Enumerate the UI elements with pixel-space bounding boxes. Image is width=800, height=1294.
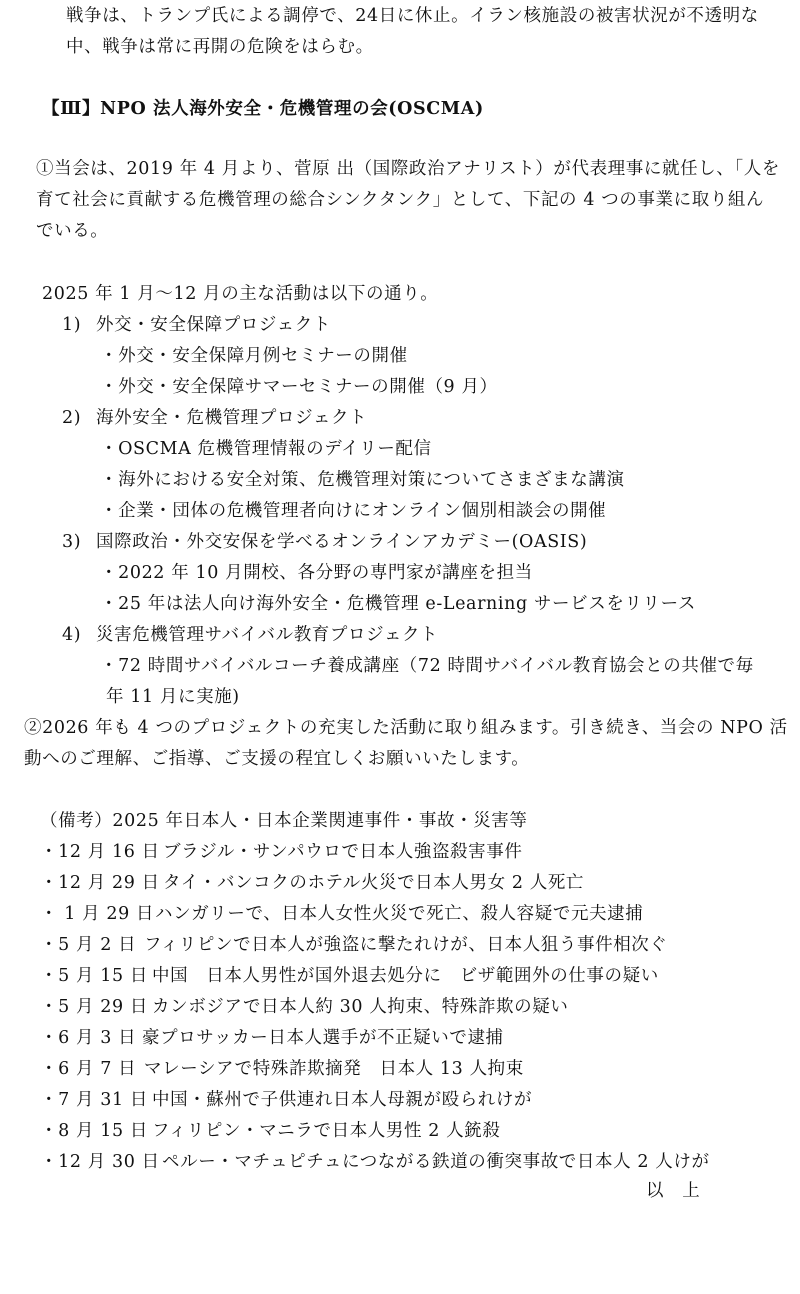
project-1-item-1: ・外交・安全保障月例セミナーの開催 [100, 345, 408, 367]
incident-8-text: マレーシアで特殊詐欺摘発 日本人 13 人拘束 [144, 1058, 524, 1080]
project-2-item-3: ・企業・団体の危機管理者向けにオンライン個別相談会の開催 [100, 500, 606, 522]
project-2-item-2: ・海外における安全対策、危機管理対策についてさまざまな講演 [100, 469, 625, 491]
para1-line-3: でいる。 [36, 220, 108, 242]
incident-3-text: ハンガリーで、日本人女性火災で死亡、殺人容疑で元夫逮捕 [155, 903, 643, 925]
closing-mark: 以 上 [646, 1180, 700, 1202]
incident-6-date: ・5 月 29 日 [40, 996, 148, 1018]
para1-line-2: 育て社会に貢献する危機管理の総合シンクタンク」として、下記の 4 つの事業に取り… [36, 189, 764, 211]
para2-line-1: ②2026 年も 4 つのプロジェクトの充実した活動に取り組みます。引き続き、当… [24, 717, 788, 739]
incident-4-text: フィリピンで日本人が強盗に撃たれけが、日本人狙う事件相次ぐ [144, 934, 668, 956]
incident-11-date: ・12 月 30 日 [40, 1151, 160, 1173]
project-3-title: 国際政治・外交安保を学べるオンラインアカデミー(OASIS) [96, 531, 587, 553]
incident-9-date: ・7 月 31 日 [40, 1089, 148, 1111]
notes-heading: （備考）2025 年日本人・日本企業関連事件・事故・災害等 [40, 810, 528, 832]
incident-10-date: ・8 月 15 日 [40, 1120, 148, 1142]
project-1-item-2: ・外交・安全保障サマーセミナーの開催（9 月） [100, 376, 498, 398]
incident-6-text: カンボジアで日本人約 30 人拘束、特殊詐欺の疑い [152, 996, 568, 1018]
incident-7-text: 豪プロサッカー日本人選手が不正疑いで逮捕 [142, 1027, 504, 1049]
project-3-number: 3) [62, 531, 81, 553]
project-4-item-1-cont: 年 11 月に実施) [106, 686, 240, 708]
project-4-item-1: ・72 時間サバイバルコーチ養成講座（72 時間サバイバル教育協会との共催で毎 [100, 655, 754, 677]
project-4-number: 4) [62, 624, 81, 646]
incident-2-date: ・12 月 29 日 [40, 872, 160, 894]
intro-line-2: 中、戦争は常に再開の危険をはらむ。 [66, 36, 374, 58]
incident-8-date: ・6 月 7 日 [40, 1058, 136, 1080]
intro-line-1: 戦争は、トランプ氏による調停で、24日に休止。イラン核施設の被害状況が不透明な [66, 5, 759, 27]
incident-5-text: 中国 日本人男性が国外退去処分に ビザ範囲外の仕事の疑い [152, 965, 659, 987]
incident-7-date: ・6 月 3 日 [40, 1027, 136, 1049]
project-3-item-2: ・25 年は法人向け海外安全・危機管理 e-Learning サービスをリリース [100, 593, 696, 615]
section-heading: 【Ⅲ】NPO 法人海外安全・危機管理の会(OSCMA) [42, 98, 484, 120]
incident-9-text: 中国・蘇州で子供連れ日本人母親が殴られけが [152, 1089, 532, 1111]
incident-1-text: ブラジル・サンパウロで日本人強盗殺害事件 [163, 841, 522, 863]
incident-5-date: ・5 月 15 日 [40, 965, 148, 987]
project-3-item-1: ・2022 年 10 月開校、各分野の専門家が講座を担当 [100, 562, 533, 584]
incident-10-text: フィリピン・マニラで日本人男性 2 人銃殺 [152, 1120, 500, 1142]
incident-2-text: タイ・バンコクのホテル火災で日本人男女 2 人死亡 [163, 872, 584, 894]
para2-line-2: 動へのご理解、ご指導、ご支援の程宜しくお願いいたします。 [24, 748, 529, 770]
project-2-title: 海外安全・危機管理プロジェクト [96, 407, 367, 429]
incident-11-text: ペルー・マチュピチュにつながる鉄道の衝突事故で日本人 2 人けが [162, 1151, 710, 1173]
project-2-number: 2) [62, 407, 81, 429]
project-2-item-1: ・OSCMA 危機管理情報のデイリー配信 [100, 438, 432, 460]
project-1-number: 1) [62, 314, 81, 336]
incident-1-date: ・12 月 16 日 [40, 841, 160, 863]
activities-intro: 2025 年 1 月～12 月の主な活動は以下の通り。 [42, 283, 438, 305]
incident-4-date: ・5 月 2 日 [40, 934, 136, 956]
incident-3-date: ・ 1 月 29 日 [40, 903, 154, 925]
project-1-title: 外交・安全保障プロジェクト [96, 314, 331, 336]
para1-line-1: ①当会は、2019 年 4 月より、菅原 出（国際政治アナリスト）が代表理事に就… [36, 158, 780, 180]
project-4-title: 災害危機管理サバイバル教育プロジェクト [96, 624, 438, 646]
